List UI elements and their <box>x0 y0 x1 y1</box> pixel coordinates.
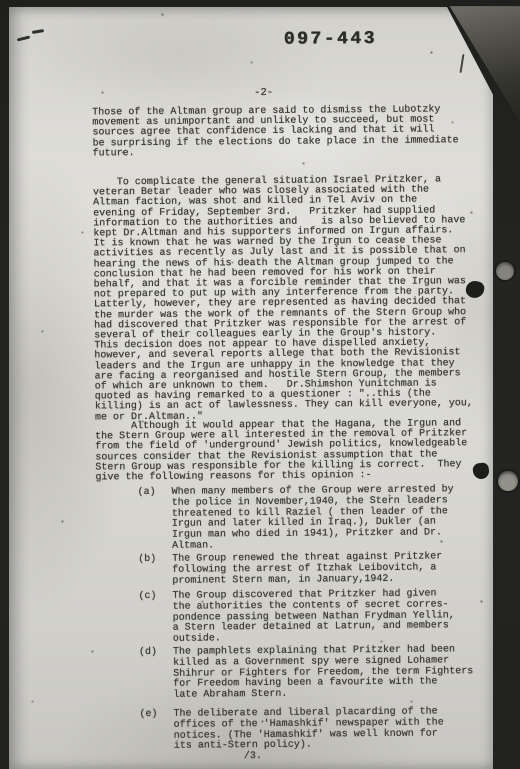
list-item-text: The Group discovered that Pritzker had g… <box>172 589 494 646</box>
list-item-label: (a) <box>138 488 156 499</box>
list-item-text: The pamphlets explaining that Pritzker h… <box>173 645 495 702</box>
paragraph-stern-group-opinion: Although it would appear that the Hagana… <box>95 419 494 484</box>
list-item-label: (e) <box>140 710 158 721</box>
list-item-label: (d) <box>139 648 157 659</box>
punch-hole <box>496 262 514 280</box>
list-item-label: (b) <box>138 555 156 566</box>
scan-noise-specks <box>0 0 1 1</box>
list-item-text: The Group renewed the threat against Pri… <box>172 552 494 587</box>
list-item-label: (c) <box>138 592 156 603</box>
paragraph-pritzker-killing: To complicate the general situation Isra… <box>93 175 493 423</box>
continuation-marker: /3. <box>244 751 262 762</box>
punch-hole <box>498 471 518 491</box>
list-item-text: When many members of the Group were arre… <box>172 485 495 553</box>
file-number-stamp: 097-443 <box>284 29 377 50</box>
paragraph-altman-group: Those of the Altman group are said to di… <box>92 105 490 159</box>
page-number: -2- <box>254 87 273 99</box>
typed-content: 097-443 -2- Those of the Altman group ar… <box>0 0 520 769</box>
list-item-text: The deliberate and liberal placarding of… <box>174 707 496 753</box>
scanned-document-page: 097-443 -2- Those of the Altman group ar… <box>0 0 520 769</box>
